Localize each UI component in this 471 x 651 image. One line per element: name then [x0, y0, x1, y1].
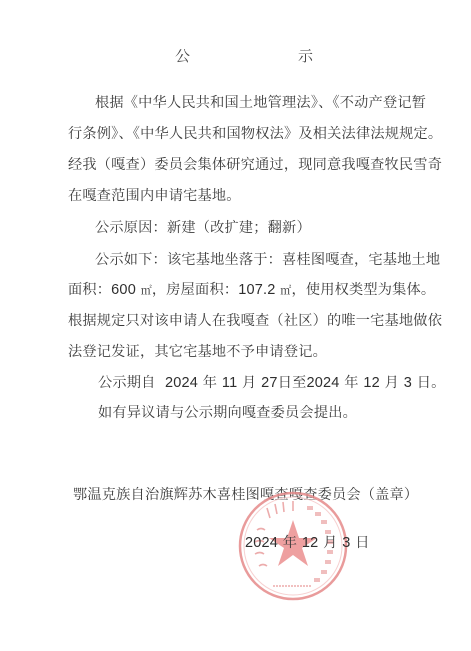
sign-date: 2024 年 12 月 3 日: [245, 533, 370, 553]
start-month: 11: [222, 375, 237, 391]
reason-value: 新建（改扩建；翻新）: [167, 220, 311, 236]
paragraph-line: 行条例》、《中华人民共和国物权法》及相关法律法规规定。: [68, 124, 442, 144]
notice-period-line: 公示期自 2024 年 11 月 27日至2024 年 12 月 3 日。: [98, 373, 445, 393]
end-month: 12: [363, 375, 380, 391]
year-char: 年: [344, 375, 358, 391]
paragraph-line: 公示如下：该宅基地坐落于：喜桂图嘎查，宅基地土地: [95, 250, 440, 270]
period-prefix: 公示期自: [98, 375, 156, 391]
day-char: 日: [355, 535, 369, 551]
month-char: 月: [242, 375, 256, 391]
reason-line: 公示原因：新建（改扩建；翻新）: [95, 218, 311, 238]
paragraph-line: 经我（嘎查）委员会集体研究通过，现同意我嘎查牧民雪奇: [68, 155, 442, 175]
sign-day: 3: [342, 535, 350, 551]
sign-year: 2024: [245, 535, 278, 551]
usage-type: ，使用权类型为集体。: [291, 282, 435, 298]
unit-sqm: ㎡: [141, 284, 152, 297]
start-year: 2024: [165, 375, 198, 391]
start-day: 27: [261, 375, 278, 391]
month-char: 月: [323, 535, 337, 551]
paragraph-line: 法登记发证，其它宅基地不予申请登记。: [68, 342, 327, 362]
unit-sqm: ㎡: [280, 284, 291, 297]
day-to-char: 日至: [278, 375, 307, 391]
sign-month: 12: [302, 535, 319, 551]
paragraph-line: 根据规定只对该申请人在我嘎查（社区）的唯一宅基地做依: [68, 311, 442, 331]
year-char: 年: [283, 535, 297, 551]
end-year: 2024: [306, 375, 339, 391]
title-char-shi: 示: [298, 45, 313, 66]
house-area-value: 107.2: [238, 282, 275, 298]
land-area-value: 600: [111, 282, 136, 298]
end-day: 3: [404, 375, 412, 391]
reason-label: 公示原因：: [95, 220, 167, 236]
paragraph-line: 根据《中华人民共和国土地管理法》、《不动产登记暂: [95, 93, 426, 113]
objection-line: 如有异议请与公示期向嘎查委员会提出。: [98, 403, 357, 423]
month-char: 月: [385, 375, 399, 391]
area-line: 面积：600 ㎡，房屋面积：107.2 ㎡，使用权类型为集体。: [68, 280, 435, 301]
title-char-gong: 公: [175, 45, 190, 66]
paragraph-line: 在嘎查范围内申请宅基地。: [68, 186, 241, 206]
land-area-label: 面积：: [68, 282, 111, 298]
day-char: 日。: [417, 375, 446, 391]
house-area-label: ，房屋面积：: [152, 282, 238, 298]
year-char: 年: [203, 375, 217, 391]
